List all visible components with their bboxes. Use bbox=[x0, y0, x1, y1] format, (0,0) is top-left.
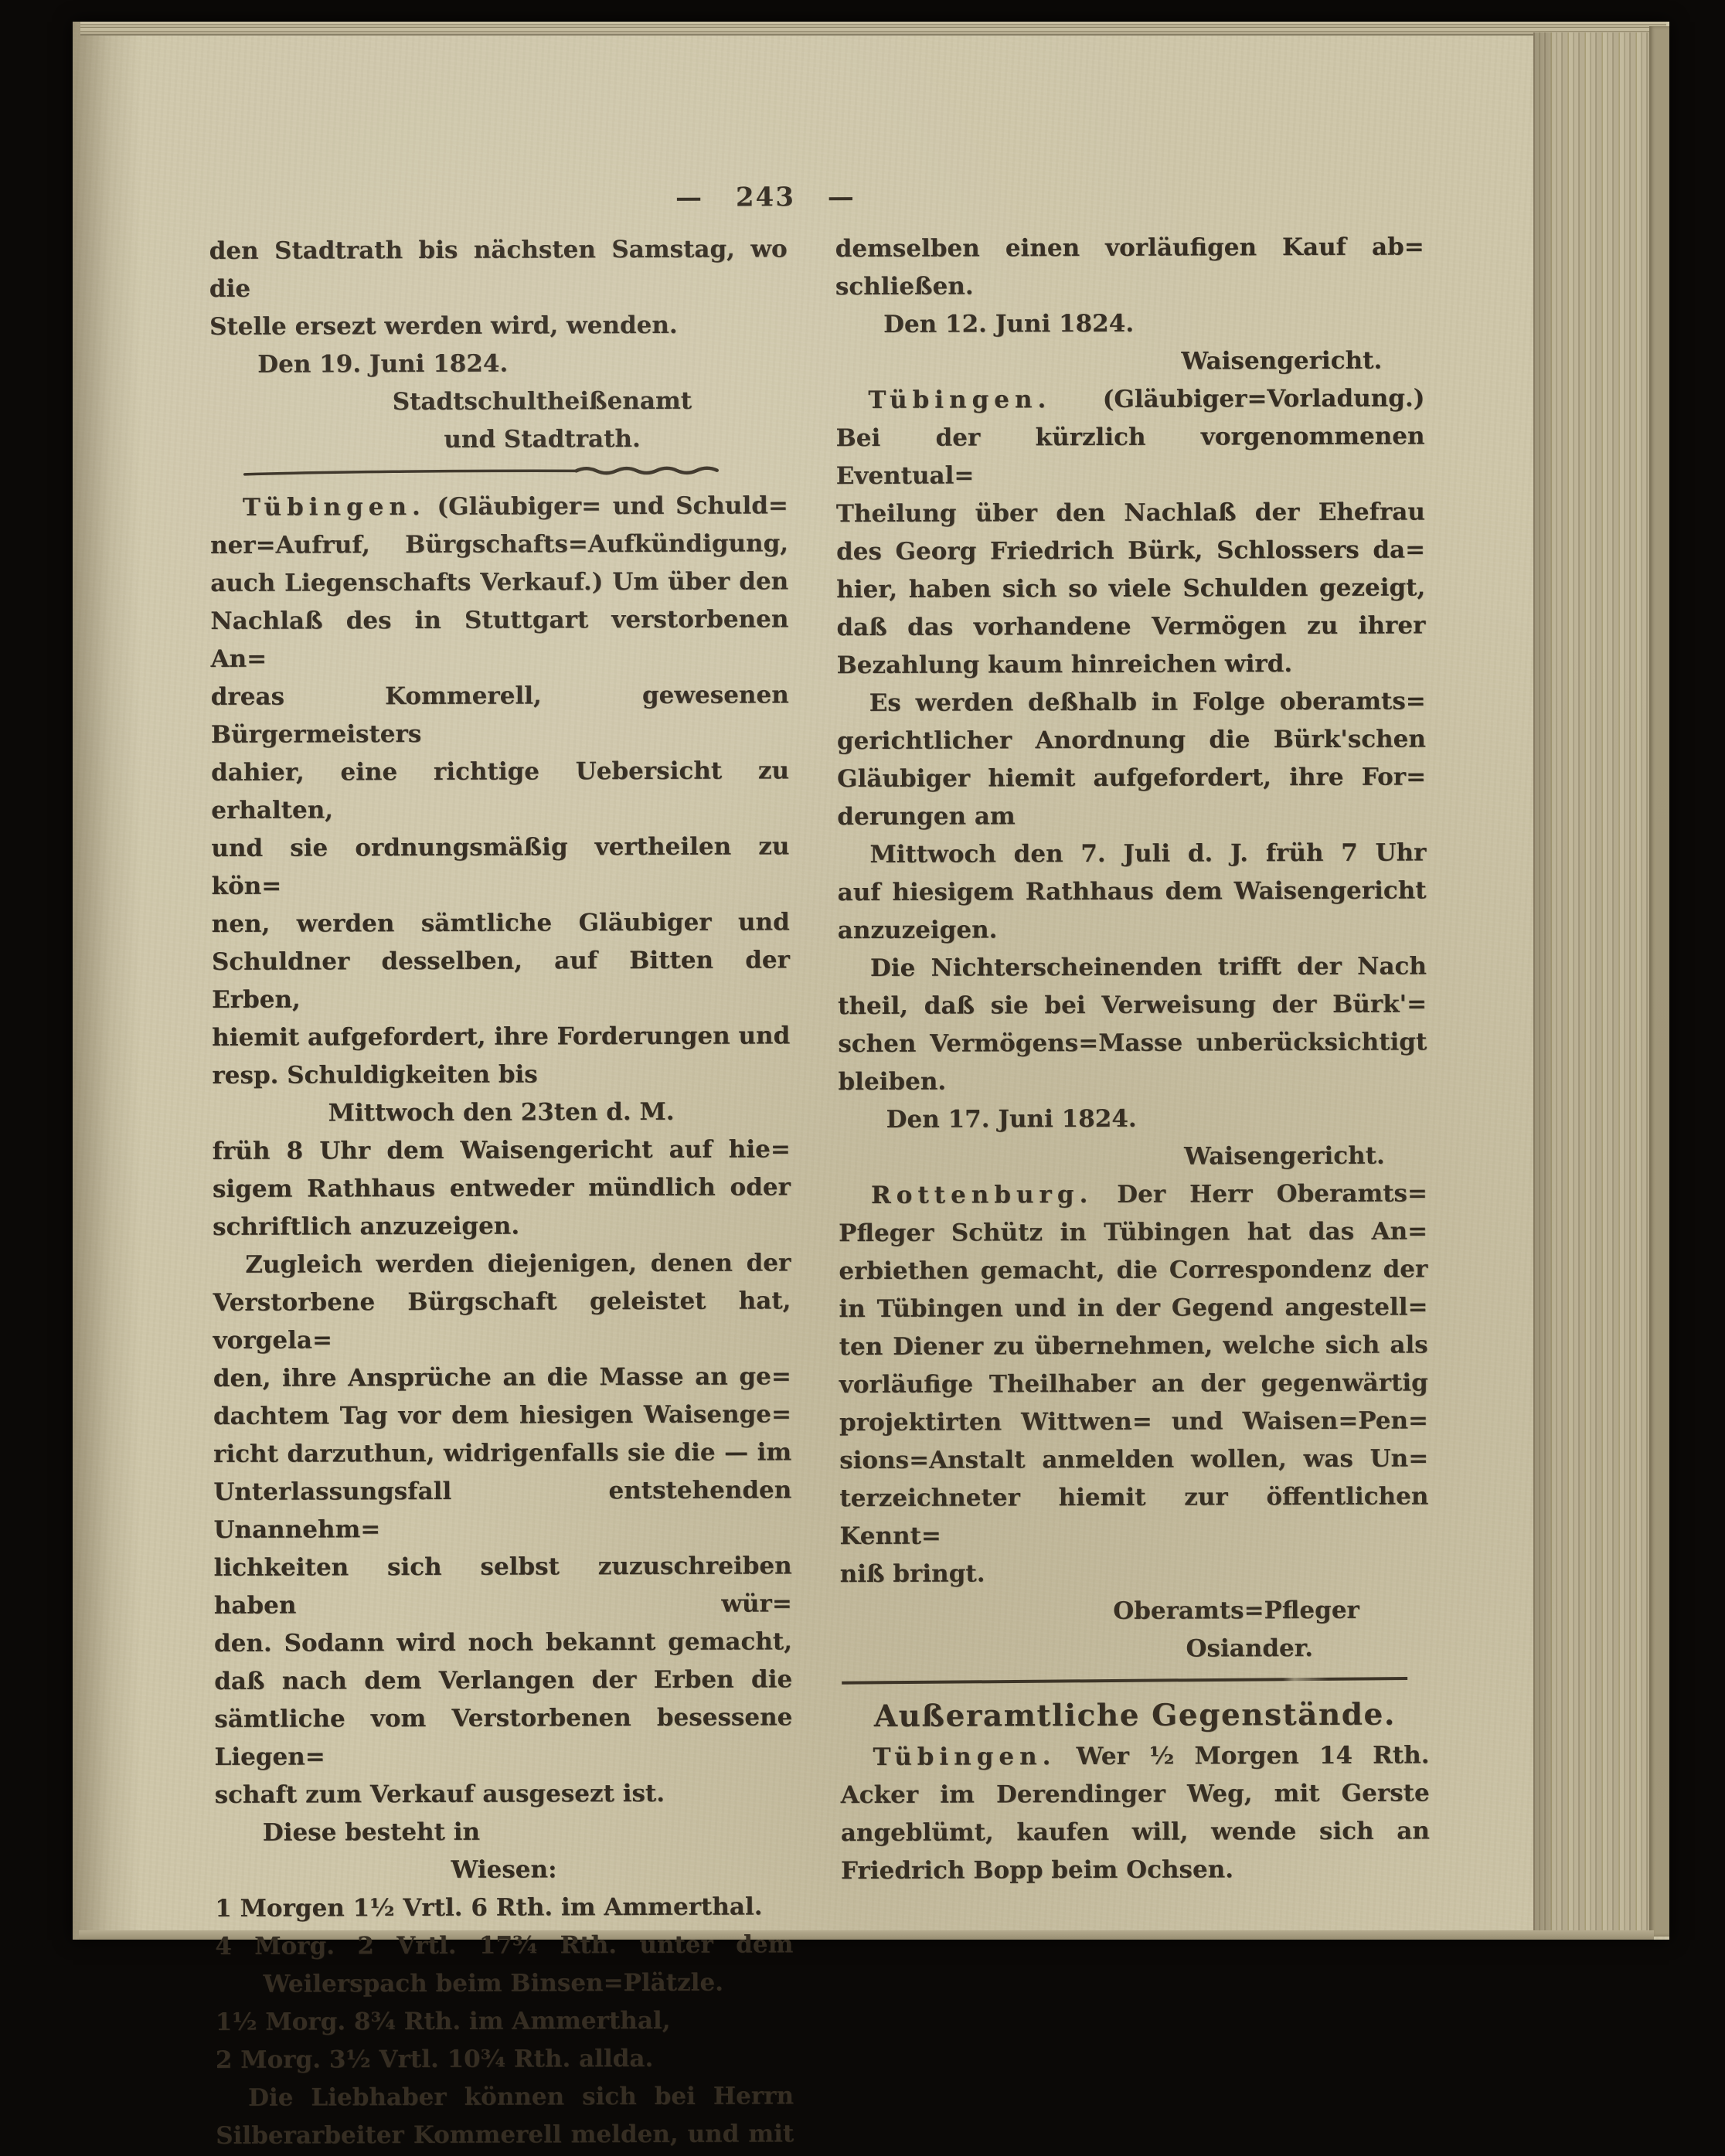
section-divider-rule bbox=[842, 1677, 1407, 1685]
text-line: Waisengericht. bbox=[835, 342, 1424, 382]
text-line: dreas Kommerell, gewesenen Bürgermeister… bbox=[211, 676, 789, 754]
text-line: Osiander. bbox=[840, 1629, 1429, 1669]
text-line: angeblümt, kaufen will, wende sich an bbox=[841, 1812, 1430, 1852]
text-line: 4 Morg. 2 Vrtl. 17¾ Rth. unter dem bbox=[215, 1926, 793, 1966]
letterspaced-place-name: Tübingen. bbox=[873, 1743, 1056, 1771]
text-line: und Stadtrath. bbox=[209, 420, 788, 460]
section-divider-squiggle bbox=[243, 457, 788, 488]
text-line: theil, daß sie bei Verweisung der Bürk'= bbox=[838, 985, 1427, 1025]
book-page: — 243 — den Stadtrath bis nächsten Samst… bbox=[73, 22, 1669, 1940]
text-line: Diese besteht in bbox=[215, 1812, 793, 1852]
text-line: auch Liegenschafts Verkauf.) Um über den bbox=[210, 563, 788, 603]
text-line: Die Nichterscheinenden trifft der Nach bbox=[838, 947, 1427, 988]
text-line: richt darzuthun, widrigenfalls sie die —… bbox=[213, 1433, 791, 1474]
text-line: Schuldner desselben, auf Bitten der Erbe… bbox=[212, 941, 790, 1019]
letterspaced-place-name: Tübingen. bbox=[868, 386, 1051, 414]
text-line: den Stadtrath bis nächsten Samstag, wo d… bbox=[209, 230, 788, 308]
text-line: Mittwoch den 23ten d. M. bbox=[213, 1093, 791, 1133]
left-column: den Stadtrath bis nächsten Samstag, wo d… bbox=[209, 230, 794, 1985]
text-line: dachtem Tag vor dem hiesigen Waisenge= bbox=[213, 1396, 791, 1436]
text-line: Unterlassungsfall entstehenden Unannehm= bbox=[213, 1471, 791, 1549]
text-line: daß nach dem Verlangen der Erben die bbox=[214, 1661, 792, 1701]
text-line: hiemit aufgefordert, ihre Forderungen un… bbox=[212, 1017, 790, 1057]
text-line: resp. Schuldigkeiten bis bbox=[212, 1055, 790, 1095]
text-line: den, ihre Ansprüche an die Masse an ge= bbox=[213, 1358, 791, 1398]
text-line: Mittwoch den 7. Juli d. J. früh 7 Uhr bbox=[837, 834, 1426, 874]
text-line: lichkeiten sich selbst zuzuschreiben hab… bbox=[214, 1547, 792, 1625]
text-line: Nachlaß des in Stuttgart verstorbenen An… bbox=[210, 600, 788, 678]
text-line: Zugleich werden diejenigen, denen der bbox=[213, 1244, 791, 1284]
text-line: 1 Morgen 1½ Vrtl. 6 Rth. im Ammerthal. bbox=[215, 1888, 793, 1928]
text-line: Rottenburg. Der Herr Oberamts= bbox=[839, 1175, 1427, 1215]
text-line: niß bringt. bbox=[840, 1553, 1429, 1593]
text-line: Den 19. Juni 1824. bbox=[209, 344, 788, 384]
text-line: erbiethen gemacht, die Correspondenz der bbox=[839, 1250, 1427, 1291]
text-line: vorläufige Theilhaber an der gegenwärtig bbox=[839, 1364, 1428, 1404]
text-line: Verstorbene Bürgschaft geleistet hat, vo… bbox=[213, 1282, 791, 1360]
text-line: Stadtschultheißenamt bbox=[209, 382, 788, 422]
text-line: Theilung über den Nachlaß der Ehefrau bbox=[836, 493, 1425, 533]
text-line: Wiesen: bbox=[215, 1850, 793, 1890]
text-line: Oberamts=Pfleger bbox=[840, 1591, 1429, 1631]
text-line: daß das vorhandene Vermögen zu ihrer bbox=[836, 607, 1425, 647]
text-line: Bezahlung kaum hinreichen wird. bbox=[836, 644, 1425, 685]
text-line: Es werden deßhalb in Folge oberamts= bbox=[837, 682, 1426, 723]
text-line: schriftlich anzuzeigen. bbox=[213, 1206, 791, 1246]
text-line: sämtliche vom Verstorbenen besessene Lie… bbox=[214, 1699, 792, 1777]
text-line: Tübingen. (Gläubiger=Vorladung.) bbox=[835, 379, 1424, 420]
text-line: Den 12. Juni 1824. bbox=[835, 304, 1424, 344]
text-line: schließen. bbox=[835, 266, 1424, 306]
text-line: schen Vermögens=Masse unberücksichtigt bbox=[838, 1023, 1427, 1063]
letterspaced-place-name: Tübingen. bbox=[243, 493, 426, 522]
text-line: und sie ordnungsmäßig vertheilen zu kön= bbox=[211, 828, 789, 906]
text-line: auf hiesigem Rathhaus dem Waisengericht bbox=[838, 872, 1427, 912]
text-line: nen, werden sämtliche Gläubiger und bbox=[212, 903, 790, 944]
text-line: den. Sodann wird noch bekannt gemacht, bbox=[214, 1623, 792, 1663]
text-line: projektirten Wittwen= und Waisen=Pen= bbox=[839, 1402, 1428, 1442]
text-line: hier, haben sich so viele Schulden gezei… bbox=[836, 569, 1425, 609]
text-line: bleiben. bbox=[838, 1061, 1427, 1101]
text-line: Waisengericht. bbox=[839, 1137, 1427, 1177]
scan-background: — 243 — den Stadtrath bis nächsten Samst… bbox=[0, 0, 1725, 1985]
text-line: sions=Anstalt anmelden wollen, was Un= bbox=[839, 1440, 1428, 1480]
text-line: Tübingen. Wer ½ Morgen 14 Rth. bbox=[840, 1736, 1429, 1777]
text-line: Friedrich Bopp beim Ochsen. bbox=[841, 1850, 1430, 1890]
text-line: dahier, eine richtige Uebersicht zu erha… bbox=[211, 752, 789, 830]
text-line: ten Diener zu übernehmen, welche sich al… bbox=[839, 1326, 1428, 1366]
printed-text-layer: — 243 — den Stadtrath bis nächsten Samst… bbox=[70, 19, 1673, 1942]
text-line: gerichtlicher Anordnung die Bürk'schen bbox=[837, 720, 1426, 760]
text-line: derungen am bbox=[837, 796, 1426, 836]
text-line: ner=Aufruf, Bürgschafts=Aufkündigung, bbox=[210, 525, 788, 565]
text-line: Pfleger Schütz in Tübingen hat das An= bbox=[839, 1212, 1427, 1253]
text-line: des Georg Friedrich Bürk, Schlossers da= bbox=[836, 531, 1425, 571]
text-line: Acker im Derendinger Weg, mit Gerste bbox=[841, 1774, 1430, 1814]
section-heading: Außeramtliche Gegenstände. bbox=[840, 1692, 1429, 1739]
text-line: Tübingen. (Gläubiger= und Schuld= bbox=[210, 487, 788, 527]
text-line: Gläubiger hiemit aufgefordert, ihre For= bbox=[837, 758, 1426, 798]
text-line: Den 17. Juni 1824. bbox=[839, 1099, 1427, 1139]
text-line: anzuzeigen. bbox=[838, 910, 1427, 950]
text-line: sigem Rathhaus entweder mündlich oder bbox=[213, 1168, 791, 1209]
text-line: schaft zum Verkauf ausgesezt ist. bbox=[215, 1774, 793, 1814]
text-line: in Tübingen und in der Gegend angestell= bbox=[839, 1288, 1427, 1328]
page-number: — 243 — bbox=[564, 181, 966, 215]
text-line: Bei der kürzlich vorgenommenen Eventual= bbox=[835, 417, 1424, 495]
text-line: Stelle ersezt werden wird, wenden. bbox=[209, 306, 788, 346]
text-line: Weilerspach beim Binsen=Plätzle. bbox=[215, 1964, 793, 1985]
text-line: demselben einen vorläufigen Kauf ab= bbox=[835, 228, 1424, 268]
right-column: demselben einen vorläufigen Kauf ab=schl… bbox=[835, 228, 1430, 1890]
text-line: früh 8 Uhr dem Waisengericht auf hie= bbox=[213, 1131, 791, 1171]
letterspaced-place-name: Rottenburg. bbox=[871, 1181, 1093, 1209]
text-line: terzeichneter hiemit zur öffentlichen Ke… bbox=[839, 1478, 1428, 1556]
